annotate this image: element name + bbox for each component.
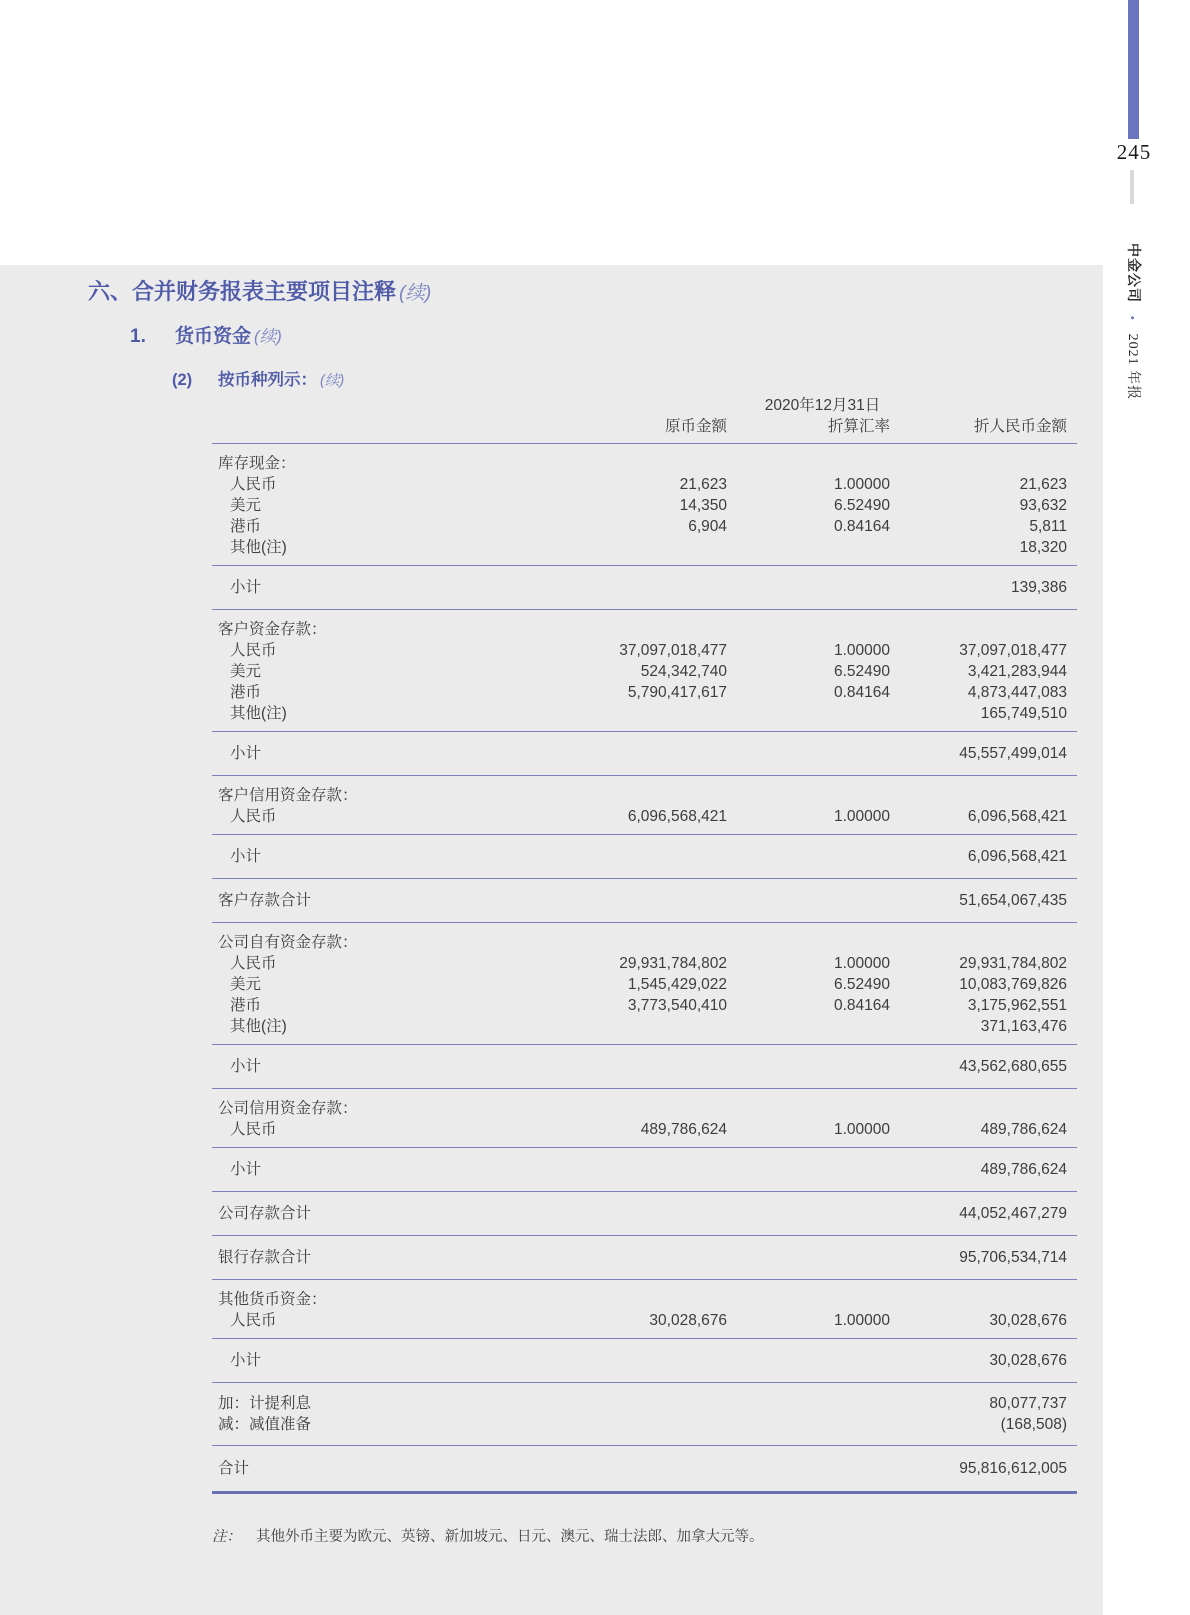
exchange-rate-cell bbox=[727, 703, 890, 724]
table-data-row: 美元14,3506.5249093,632 bbox=[212, 495, 1077, 516]
exchange-rate-cell: 0.84164 bbox=[727, 995, 890, 1016]
exchange-rate-cell bbox=[727, 1393, 890, 1414]
exchange-rate-cell bbox=[727, 1458, 890, 1479]
exchange-rate-cell: 6.52490 bbox=[727, 661, 890, 682]
original-amount-cell: 21,623 bbox=[582, 474, 727, 495]
currency-label: 人民币 bbox=[212, 806, 582, 827]
vertical-report-title: 中金公司 • 2021 年报 bbox=[1124, 243, 1144, 400]
subitem-number: (2) bbox=[172, 369, 218, 393]
exchange-rate-cell: 1.00000 bbox=[727, 1310, 890, 1331]
subtotal-row-line: 小计489,786,624 bbox=[212, 1159, 1077, 1180]
original-amount-cell bbox=[582, 1247, 727, 1268]
table-data-row: 其他(注)18,320 bbox=[212, 537, 1077, 558]
currency-label: 人民币 bbox=[212, 474, 582, 495]
rmb-amount-cell: 489,786,624 bbox=[890, 1119, 1077, 1140]
original-amount-cell bbox=[582, 1159, 727, 1180]
table-data-row: 其他(注)165,749,510 bbox=[212, 703, 1077, 724]
adjustment-row: 加：计提利息80,077,737 bbox=[212, 1393, 1077, 1414]
exchange-rate-cell bbox=[727, 537, 890, 558]
original-amount-cell: 37,097,018,477 bbox=[582, 640, 727, 661]
total-row: 公司存款合计44,052,467,279 bbox=[212, 1192, 1077, 1236]
original-amount-cell: 3,773,540,410 bbox=[582, 995, 727, 1016]
subtotal-row: 小计30,028,676 bbox=[212, 1339, 1077, 1383]
exchange-rate-cell bbox=[727, 890, 890, 911]
rmb-amount-cell: 30,028,676 bbox=[890, 1350, 1077, 1371]
exchange-rate-cell bbox=[727, 1414, 890, 1435]
total-row: 客户存款合计51,654,067,435 bbox=[212, 879, 1077, 923]
exchange-rate-cell bbox=[727, 1016, 890, 1037]
subtotal-row-line: 小计6,096,568,421 bbox=[212, 846, 1077, 867]
subsection-heading: 1. 货币资金(续) bbox=[130, 324, 1103, 350]
original-amount-cell bbox=[582, 890, 727, 911]
table-data-row: 港币5,790,417,6170.841644,873,447,083 bbox=[212, 682, 1077, 703]
original-amount-cell bbox=[582, 537, 727, 558]
adjustment-label: 减：减值准备 bbox=[212, 1414, 582, 1435]
original-amount-cell bbox=[582, 1350, 727, 1371]
company-name: 中金公司 bbox=[1126, 243, 1142, 303]
table-group: 公司自有资金存款：人民币29,931,784,8021.0000029,931,… bbox=[212, 923, 1077, 1045]
total-row-label: 客户存款合计 bbox=[212, 890, 582, 911]
rmb-amount-cell: 5,811 bbox=[890, 516, 1077, 537]
total-row-line: 公司存款合计44,052,467,279 bbox=[212, 1203, 1077, 1224]
table-data-row: 人民币37,097,018,4771.0000037,097,018,477 bbox=[212, 640, 1077, 661]
subtotal-row: 小计489,786,624 bbox=[212, 1148, 1077, 1192]
table-data-row: 人民币6,096,568,4211.000006,096,568,421 bbox=[212, 806, 1077, 827]
original-amount-cell: 6,904 bbox=[582, 516, 727, 537]
original-amount-cell: 30,028,676 bbox=[582, 1310, 727, 1331]
exchange-rate-cell: 1.00000 bbox=[727, 1119, 890, 1140]
rmb-amount-cell: 6,096,568,421 bbox=[890, 846, 1077, 867]
table-data-row: 人民币21,6231.0000021,623 bbox=[212, 474, 1077, 495]
table-group: 公司信用资金存款：人民币489,786,6241.00000489,786,62… bbox=[212, 1089, 1077, 1148]
rmb-amount-cell: 10,083,769,826 bbox=[890, 974, 1077, 995]
rmb-amount-cell: 489,786,624 bbox=[890, 1159, 1077, 1180]
subtotal-row-line: 小计30,028,676 bbox=[212, 1350, 1077, 1371]
continued-marker: (续) bbox=[320, 373, 344, 389]
rmb-amount-cell: 3,175,962,551 bbox=[890, 995, 1077, 1016]
table-header: 2020年12月31日 原币金额 折算汇率 折人民币金额 bbox=[212, 396, 1077, 444]
original-amount-cell bbox=[582, 1393, 727, 1414]
subtotal-row: 小计139,386 bbox=[212, 566, 1077, 610]
table-group: 客户资金存款：人民币37,097,018,4771.0000037,097,01… bbox=[212, 610, 1077, 732]
rmb-amount-cell: 37,097,018,477 bbox=[890, 640, 1077, 661]
group-title: 公司自有资金存款： bbox=[212, 932, 1077, 953]
group-title: 库存现金： bbox=[212, 453, 1077, 474]
section-heading: 六、合并财务报表主要项目注释(续) bbox=[88, 277, 1103, 308]
original-amount-cell bbox=[582, 577, 727, 598]
report-page: 245 中金公司 • 2021 年报 六、合并财务报表主要项目注释(续) 1. … bbox=[0, 0, 1190, 1615]
rmb-amount-cell: 21,623 bbox=[890, 474, 1077, 495]
original-amount-cell: 1,545,429,022 bbox=[582, 974, 727, 995]
exchange-rate-cell bbox=[727, 1056, 890, 1077]
original-amount-cell: 489,786,624 bbox=[582, 1119, 727, 1140]
column-header-original-amount: 原币金额 bbox=[582, 416, 727, 438]
subtotal-row-line: 小计43,562,680,655 bbox=[212, 1056, 1077, 1077]
subsection-number: 1. bbox=[130, 324, 175, 350]
original-amount-cell bbox=[582, 1203, 727, 1224]
rmb-amount-cell: 93,632 bbox=[890, 495, 1077, 516]
rmb-amount-cell: 51,654,067,435 bbox=[890, 890, 1077, 911]
table-data-row: 人民币30,028,6761.0000030,028,676 bbox=[212, 1310, 1077, 1331]
total-row-label: 银行存款合计 bbox=[212, 1247, 582, 1268]
original-amount-cell bbox=[582, 1056, 727, 1077]
currency-label: 其他(注) bbox=[212, 537, 582, 558]
table-data-row: 其他(注)371,163,476 bbox=[212, 1016, 1077, 1037]
subtotal-row-line: 小计139,386 bbox=[212, 577, 1077, 598]
table-data-row: 美元1,545,429,0226.5249010,083,769,826 bbox=[212, 974, 1077, 995]
subsection-heading-text: 货币资金(续) bbox=[175, 324, 282, 350]
exchange-rate-cell: 6.52490 bbox=[727, 495, 890, 516]
total-row: 银行存款合计95,706,534,714 bbox=[212, 1236, 1077, 1280]
exchange-rate-cell bbox=[727, 577, 890, 598]
rmb-amount-cell: 80,077,737 bbox=[890, 1393, 1077, 1414]
subtotal-row-label: 小计 bbox=[212, 1159, 582, 1180]
exchange-rate-cell: 1.00000 bbox=[727, 806, 890, 827]
currency-label: 其他(注) bbox=[212, 1016, 582, 1037]
table-data-row: 港币3,773,540,4100.841643,175,962,551 bbox=[212, 995, 1077, 1016]
rmb-amount-cell: 18,320 bbox=[890, 537, 1077, 558]
subtotal-row: 小计6,096,568,421 bbox=[212, 835, 1077, 879]
rmb-amount-cell: 6,096,568,421 bbox=[890, 806, 1077, 827]
group-title: 客户信用资金存款： bbox=[212, 785, 1077, 806]
subtotal-row-label: 小计 bbox=[212, 1350, 582, 1371]
subtotal-row-label: 小计 bbox=[212, 743, 582, 764]
grand-total-row-label: 合计 bbox=[212, 1458, 582, 1479]
grand-total-row: 合计95,816,612,005 bbox=[212, 1446, 1077, 1494]
rmb-amount-cell: 95,706,534,714 bbox=[890, 1247, 1077, 1268]
original-amount-cell bbox=[582, 846, 727, 867]
exchange-rate-cell bbox=[727, 846, 890, 867]
exchange-rate-cell bbox=[727, 1350, 890, 1371]
table-group: 客户信用资金存款：人民币6,096,568,4211.000006,096,56… bbox=[212, 776, 1077, 835]
column-header-exchange-rate: 折算汇率 bbox=[727, 416, 890, 438]
adjustment-rows: 加：计提利息80,077,737减：减值准备(168,508) bbox=[212, 1383, 1077, 1446]
exchange-rate-cell: 1.00000 bbox=[727, 474, 890, 495]
subtotal-row-label: 小计 bbox=[212, 846, 582, 867]
rmb-amount-cell: 29,931,784,802 bbox=[890, 953, 1077, 974]
content-panel: 六、合并财务报表主要项目注释(续) 1. 货币资金(续) (2) 按币种列示：(… bbox=[0, 265, 1103, 1615]
subtotal-row-line: 小计45,557,499,014 bbox=[212, 743, 1077, 764]
rmb-amount-cell: (168,508) bbox=[890, 1414, 1077, 1435]
table-data-row: 人民币489,786,6241.00000489,786,624 bbox=[212, 1119, 1077, 1140]
grand-total-row-line: 合计95,816,612,005 bbox=[212, 1458, 1077, 1479]
rmb-amount-cell: 43,562,680,655 bbox=[890, 1056, 1077, 1077]
subtotal-row-label: 小计 bbox=[212, 1056, 582, 1077]
currency-label: 港币 bbox=[212, 682, 582, 703]
table-data-row: 人民币29,931,784,8021.0000029,931,784,802 bbox=[212, 953, 1077, 974]
adjustment-label: 加：计提利息 bbox=[212, 1393, 582, 1414]
currency-label: 其他(注) bbox=[212, 703, 582, 724]
table-body: 库存现金：人民币21,6231.0000021,623美元14,3506.524… bbox=[212, 444, 1077, 1494]
exchange-rate-cell: 6.52490 bbox=[727, 974, 890, 995]
exchange-rate-cell: 1.00000 bbox=[727, 640, 890, 661]
total-row-line: 银行存款合计95,706,534,714 bbox=[212, 1247, 1077, 1268]
original-amount-cell bbox=[582, 1016, 727, 1037]
table-data-row: 美元524,342,7406.524903,421,283,944 bbox=[212, 661, 1077, 682]
rmb-amount-cell: 371,163,476 bbox=[890, 1016, 1077, 1037]
currency-label: 美元 bbox=[212, 495, 582, 516]
page-number: 245 bbox=[1103, 140, 1165, 165]
footnote-text: 其他外币主要为欧元、英镑、新加坡元、日元、澳元、瑞士法郎、加拿大元等。 bbox=[256, 1527, 764, 1547]
bullet-separator: • bbox=[1126, 316, 1138, 321]
subitem-heading: (2) 按币种列示：(续) bbox=[172, 369, 1103, 393]
group-title: 客户资金存款： bbox=[212, 619, 1077, 640]
table-group: 其他货币资金：人民币30,028,6761.0000030,028,676 bbox=[212, 1280, 1077, 1339]
year-label: 2021 年报 bbox=[1125, 334, 1140, 401]
table-data-row: 港币6,9040.841645,811 bbox=[212, 516, 1077, 537]
original-amount-cell: 5,790,417,617 bbox=[582, 682, 727, 703]
original-amount-cell bbox=[582, 1414, 727, 1435]
subitem-heading-text: 按币种列示：(续) bbox=[218, 369, 344, 393]
original-amount-cell bbox=[582, 703, 727, 724]
rmb-amount-cell: 3,421,283,944 bbox=[890, 661, 1077, 682]
subtotal-row: 小计43,562,680,655 bbox=[212, 1045, 1077, 1089]
rmb-amount-cell: 139,386 bbox=[890, 577, 1077, 598]
original-amount-cell: 524,342,740 bbox=[582, 661, 727, 682]
original-amount-cell: 14,350 bbox=[582, 495, 727, 516]
subtotal-row-label: 小计 bbox=[212, 577, 582, 598]
rmb-amount-cell: 4,873,447,083 bbox=[890, 682, 1077, 703]
group-title: 其他货币资金： bbox=[212, 1289, 1077, 1310]
total-row-label: 公司存款合计 bbox=[212, 1203, 582, 1224]
currency-label: 港币 bbox=[212, 516, 582, 537]
currency-breakdown-table: 2020年12月31日 原币金额 折算汇率 折人民币金额 库存现金：人民币21,… bbox=[212, 396, 1077, 1494]
table-group: 库存现金：人民币21,6231.0000021,623美元14,3506.524… bbox=[212, 444, 1077, 566]
exchange-rate-cell bbox=[727, 1203, 890, 1224]
currency-label: 美元 bbox=[212, 974, 582, 995]
currency-label: 人民币 bbox=[212, 1310, 582, 1331]
rmb-amount-cell: 44,052,467,279 bbox=[890, 1203, 1077, 1224]
period-header: 2020年12月31日 bbox=[741, 396, 904, 416]
adjustment-row: 减：减值准备(168,508) bbox=[212, 1414, 1077, 1435]
currency-label: 人民币 bbox=[212, 640, 582, 661]
exchange-rate-cell: 0.84164 bbox=[727, 516, 890, 537]
exchange-rate-cell bbox=[727, 1159, 890, 1180]
currency-label: 港币 bbox=[212, 995, 582, 1016]
exchange-rate-cell bbox=[727, 743, 890, 764]
continued-marker: (续) bbox=[254, 327, 282, 346]
currency-label: 人民币 bbox=[212, 953, 582, 974]
rmb-amount-cell: 30,028,676 bbox=[890, 1310, 1077, 1331]
footnote-label: 注： bbox=[212, 1527, 256, 1547]
currency-label: 人民币 bbox=[212, 1119, 582, 1140]
original-amount-cell: 29,931,784,802 bbox=[582, 953, 727, 974]
group-title: 公司信用资金存款： bbox=[212, 1098, 1077, 1119]
continued-marker: (续) bbox=[399, 282, 431, 304]
rmb-amount-cell: 45,557,499,014 bbox=[890, 743, 1077, 764]
original-amount-cell bbox=[582, 1458, 727, 1479]
page-number-tick bbox=[1130, 170, 1134, 204]
exchange-rate-cell: 0.84164 bbox=[727, 682, 890, 703]
page-edge-accent-bar bbox=[1128, 0, 1139, 139]
original-amount-cell bbox=[582, 743, 727, 764]
exchange-rate-cell: 1.00000 bbox=[727, 953, 890, 974]
rmb-amount-cell: 165,749,510 bbox=[890, 703, 1077, 724]
section-heading-text: 六、合并财务报表主要项目注释 bbox=[88, 279, 396, 304]
exchange-rate-cell bbox=[727, 1247, 890, 1268]
footnote: 注： 其他外币主要为欧元、英镑、新加坡元、日元、澳元、瑞士法郎、加拿大元等。 bbox=[212, 1527, 1077, 1547]
subtotal-row: 小计45,557,499,014 bbox=[212, 732, 1077, 776]
total-row-line: 客户存款合计51,654,067,435 bbox=[212, 890, 1077, 911]
currency-label: 美元 bbox=[212, 661, 582, 682]
rmb-amount-cell: 95,816,612,005 bbox=[890, 1458, 1077, 1479]
original-amount-cell: 6,096,568,421 bbox=[582, 806, 727, 827]
column-header-rmb-amount: 折人民币金额 bbox=[890, 416, 1077, 438]
